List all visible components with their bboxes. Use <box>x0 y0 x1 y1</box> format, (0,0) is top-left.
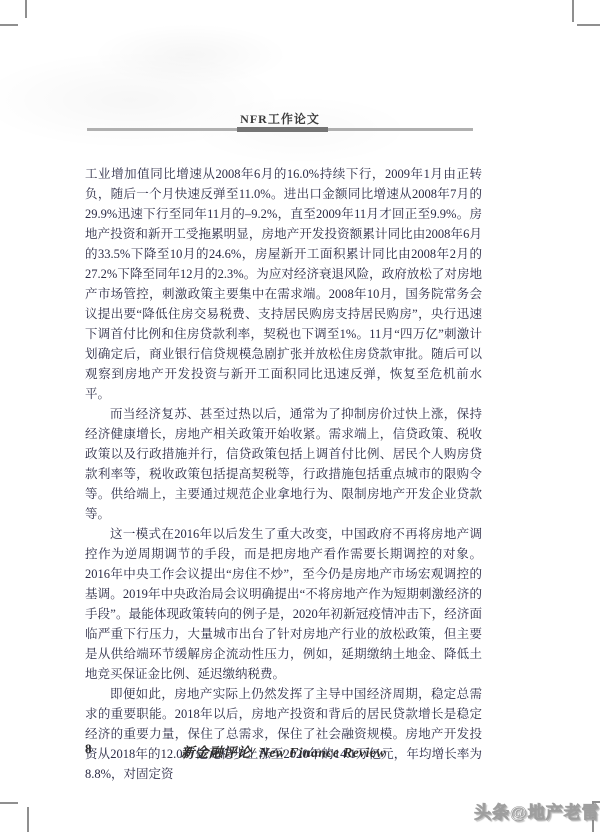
crop-mark-line <box>572 0 574 22</box>
header-rule <box>87 128 473 131</box>
paragraph: 即便如此，房地产实际上仍然发挥了主导中国经济周期，稳定总需求的重要职能。2018… <box>85 684 482 784</box>
journal-title: 新金融评论/ New Finance Review <box>85 741 482 761</box>
header-rule-accent <box>237 127 328 132</box>
crop-mark-line <box>577 24 600 26</box>
crop-mark-line <box>0 24 18 26</box>
document-page: NFR工作论文 工业增加值同比增速从2008年6月的16.0%持续下行，2009… <box>0 0 600 832</box>
crop-mark-line <box>0 802 18 804</box>
body-text: 工业增加值同比增速从2008年6月的16.0%持续下行，2009年1月由正转负，… <box>85 164 482 784</box>
toutiao-watermark: 头条@地产老雷 <box>474 798 600 823</box>
running-header-title: NFR工作论文 <box>87 110 473 127</box>
crop-mark-line <box>25 0 27 18</box>
crop-mark-line <box>27 807 29 832</box>
paragraph: 而当经济复苏、甚至过热以后，通常为了抑制房价过快上涨，保持经济健康增长，房地产相… <box>85 404 482 524</box>
page-footer: 8 新金融评论/ New Finance Review <box>85 741 482 761</box>
paragraph: 这一模式在2016年以后发生了重大改变，中国政府不再将房地产调控作为逆周期调节的… <box>85 524 482 684</box>
paragraph-continuation: 工业增加值同比增速从2008年6月的16.0%持续下行，2009年1月由正转负，… <box>85 164 482 404</box>
